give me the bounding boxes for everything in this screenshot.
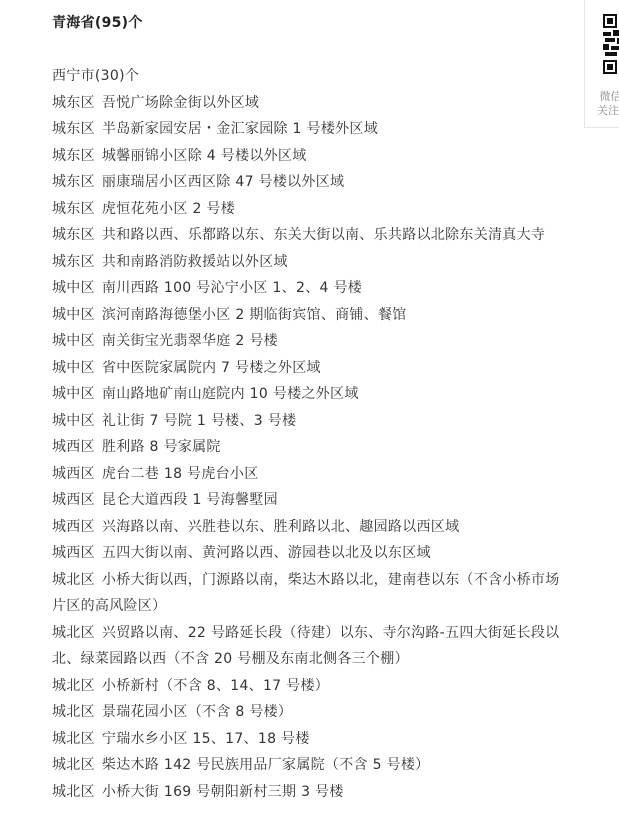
district-label: 城东区 [52, 121, 95, 137]
list-item: 城东区城馨丽锦小区除 4 号楼以外区域 [52, 143, 572, 170]
district-label: 城中区 [52, 360, 95, 376]
area-text: 虎恒花苑小区 2 号楼 [102, 201, 235, 217]
area-text: 兴海路以南、兴胜巷以东、胜利路以北、趣园路以西区域 [102, 519, 460, 535]
area-text: 昆仑大道西段 1 号海馨墅园 [102, 492, 278, 508]
area-text: 五四大街以南、黄河路以西、游园巷以北及以东区域 [102, 545, 431, 561]
list-item: 城东区吾悦广场除金街以外区域 [52, 90, 572, 117]
area-text: 丽康瑞居小区西区除 47 号楼以外区域 [102, 174, 344, 190]
district-label: 城北区 [52, 572, 95, 588]
area-text: 小桥大街以西，门源路以南，柴达木路以北，建南巷以东（不含小桥市场片区的高风险区） [52, 572, 560, 615]
district-label: 城东区 [52, 201, 95, 217]
list-item: 城北区兴贸路以南、22 号路延长段（待建）以东、寺尔沟路-五四大街延长段以北、绿… [52, 620, 572, 673]
list-item: 城西区虎台二巷 18 号虎台小区 [52, 461, 572, 488]
district-label: 城东区 [52, 148, 95, 164]
area-text: 礼让街 7 号院 1 号楼、3 号楼 [102, 413, 296, 429]
district-label: 城中区 [52, 413, 95, 429]
list-item: 城中区省中医院家属院内 7 号楼之外区域 [52, 355, 572, 382]
area-text: 小桥大街 169 号朝阳新村三期 3 号楼 [102, 784, 344, 800]
list-item: 城北区小桥新村（不含 8、14、17 号楼） [52, 673, 572, 700]
list-item: 城中区南山路地矿南山庭院内 10 号楼之外区域 [52, 381, 572, 408]
district-label: 城北区 [52, 757, 95, 773]
list-item: 城西区兴海路以南、兴胜巷以东、胜利路以北、趣园路以西区域 [52, 514, 572, 541]
area-text: 柴达木路 142 号民族用品厂家属院（不含 5 号楼） [102, 757, 430, 773]
area-text: 景瑞花园小区（不含 8 号楼） [102, 704, 292, 720]
qr-code-icon [601, 12, 619, 76]
spacer [52, 36, 572, 63]
district-label: 城北区 [52, 678, 95, 694]
area-text: 半岛新家园安居・金汇家园除 1 号楼外区域 [102, 121, 378, 137]
district-label: 城北区 [52, 625, 95, 641]
list-item: 城中区礼让街 7 号院 1 号楼、3 号楼 [52, 408, 572, 435]
list-item: 城东区丽康瑞居小区西区除 47 号楼以外区域 [52, 169, 572, 196]
area-text: 滨河南路海德堡小区 2 期临街宾馆、商铺、餐馆 [102, 307, 407, 323]
province-title: 青海省(95)个 [52, 10, 572, 36]
district-label: 城东区 [52, 254, 95, 270]
list-item: 城中区滨河南路海德堡小区 2 期临街宾馆、商铺、餐馆 [52, 302, 572, 329]
list-item: 城北区柴达木路 142 号民族用品厂家属院（不含 5 号楼） [52, 752, 572, 779]
area-text: 共和南路消防救援站以外区域 [102, 254, 288, 270]
district-label: 城中区 [52, 386, 95, 402]
article-body: 青海省(95)个 西宁市(30)个 城东区吾悦广场除金街以外区域 城东区半岛新家… [52, 10, 572, 805]
list-item: 城中区南川西路 100 号沁宁小区 1、2、4 号楼 [52, 275, 572, 302]
district-label: 城西区 [52, 519, 95, 535]
district-label: 城中区 [52, 307, 95, 323]
area-text: 南川西路 100 号沁宁小区 1、2、4 号楼 [102, 280, 362, 296]
list-item: 城北区宁瑞水乡小区 15、17、18 号楼 [52, 726, 572, 753]
district-label: 城西区 [52, 492, 95, 508]
district-label: 城北区 [52, 784, 95, 800]
qr-caption-line1: 微信扫一扫 [597, 90, 619, 104]
area-text: 南山路地矿南山庭院内 10 号楼之外区域 [102, 386, 359, 402]
list-item: 城北区景瑞花园小区（不含 8 号楼） [52, 699, 572, 726]
district-label: 城中区 [52, 333, 95, 349]
district-label: 城北区 [52, 704, 95, 720]
list-item: 城东区虎恒花苑小区 2 号楼 [52, 196, 572, 223]
area-text: 虎台二巷 18 号虎台小区 [102, 466, 259, 482]
area-text: 吾悦广场除金街以外区域 [102, 95, 259, 111]
area-text: 兴贸路以南、22 号路延长段（待建）以东、寺尔沟路-五四大街延长段以北、绿菜园路… [52, 625, 559, 668]
list-item: 城西区昆仑大道西段 1 号海馨墅园 [52, 487, 572, 514]
list-item: 城东区共和南路消防救援站以外区域 [52, 249, 572, 276]
district-label: 城中区 [52, 280, 95, 296]
list-item: 城西区胜利路 8 号家属院 [52, 434, 572, 461]
area-text: 省中医院家属院内 7 号楼之外区域 [102, 360, 321, 376]
qr-follow-panel[interactable]: 微信扫一扫 关注该公众号 [584, 0, 619, 128]
area-text: 小桥新村（不含 8、14、17 号楼） [102, 678, 329, 694]
list-item: 城东区共和路以西、乐都路以东、东关大街以南、乐共路以北除东关清真大寺 [52, 222, 572, 249]
district-label: 城北区 [52, 731, 95, 747]
area-text: 共和路以西、乐都路以东、东关大街以南、乐共路以北除东关清真大寺 [102, 227, 545, 243]
district-label: 城西区 [52, 545, 95, 561]
list-item: 城北区小桥大街以西，门源路以南，柴达木路以北，建南巷以东（不含小桥市场片区的高风… [52, 567, 572, 620]
area-text: 城馨丽锦小区除 4 号楼以外区域 [102, 148, 307, 164]
list-item: 城中区南关街宝光翡翠华庭 2 号楼 [52, 328, 572, 355]
district-label: 城东区 [52, 227, 95, 243]
list-item: 城西区五四大街以南、黄河路以西、游园巷以北及以东区域 [52, 540, 572, 567]
qr-caption-line2: 关注该公众号 [597, 104, 619, 118]
district-label: 城西区 [52, 466, 95, 482]
list-item: 城东区半岛新家园安居・金汇家园除 1 号楼外区域 [52, 116, 572, 143]
area-text: 宁瑞水乡小区 15、17、18 号楼 [102, 731, 310, 747]
list-item: 城北区小桥大街 169 号朝阳新村三期 3 号楼 [52, 779, 572, 806]
area-text: 南关街宝光翡翠华庭 2 号楼 [102, 333, 278, 349]
district-label: 城西区 [52, 439, 95, 455]
district-label: 城东区 [52, 95, 95, 111]
area-text: 胜利路 8 号家属院 [102, 439, 221, 455]
district-label: 城东区 [52, 174, 95, 190]
city-title: 西宁市(30)个 [52, 63, 572, 90]
